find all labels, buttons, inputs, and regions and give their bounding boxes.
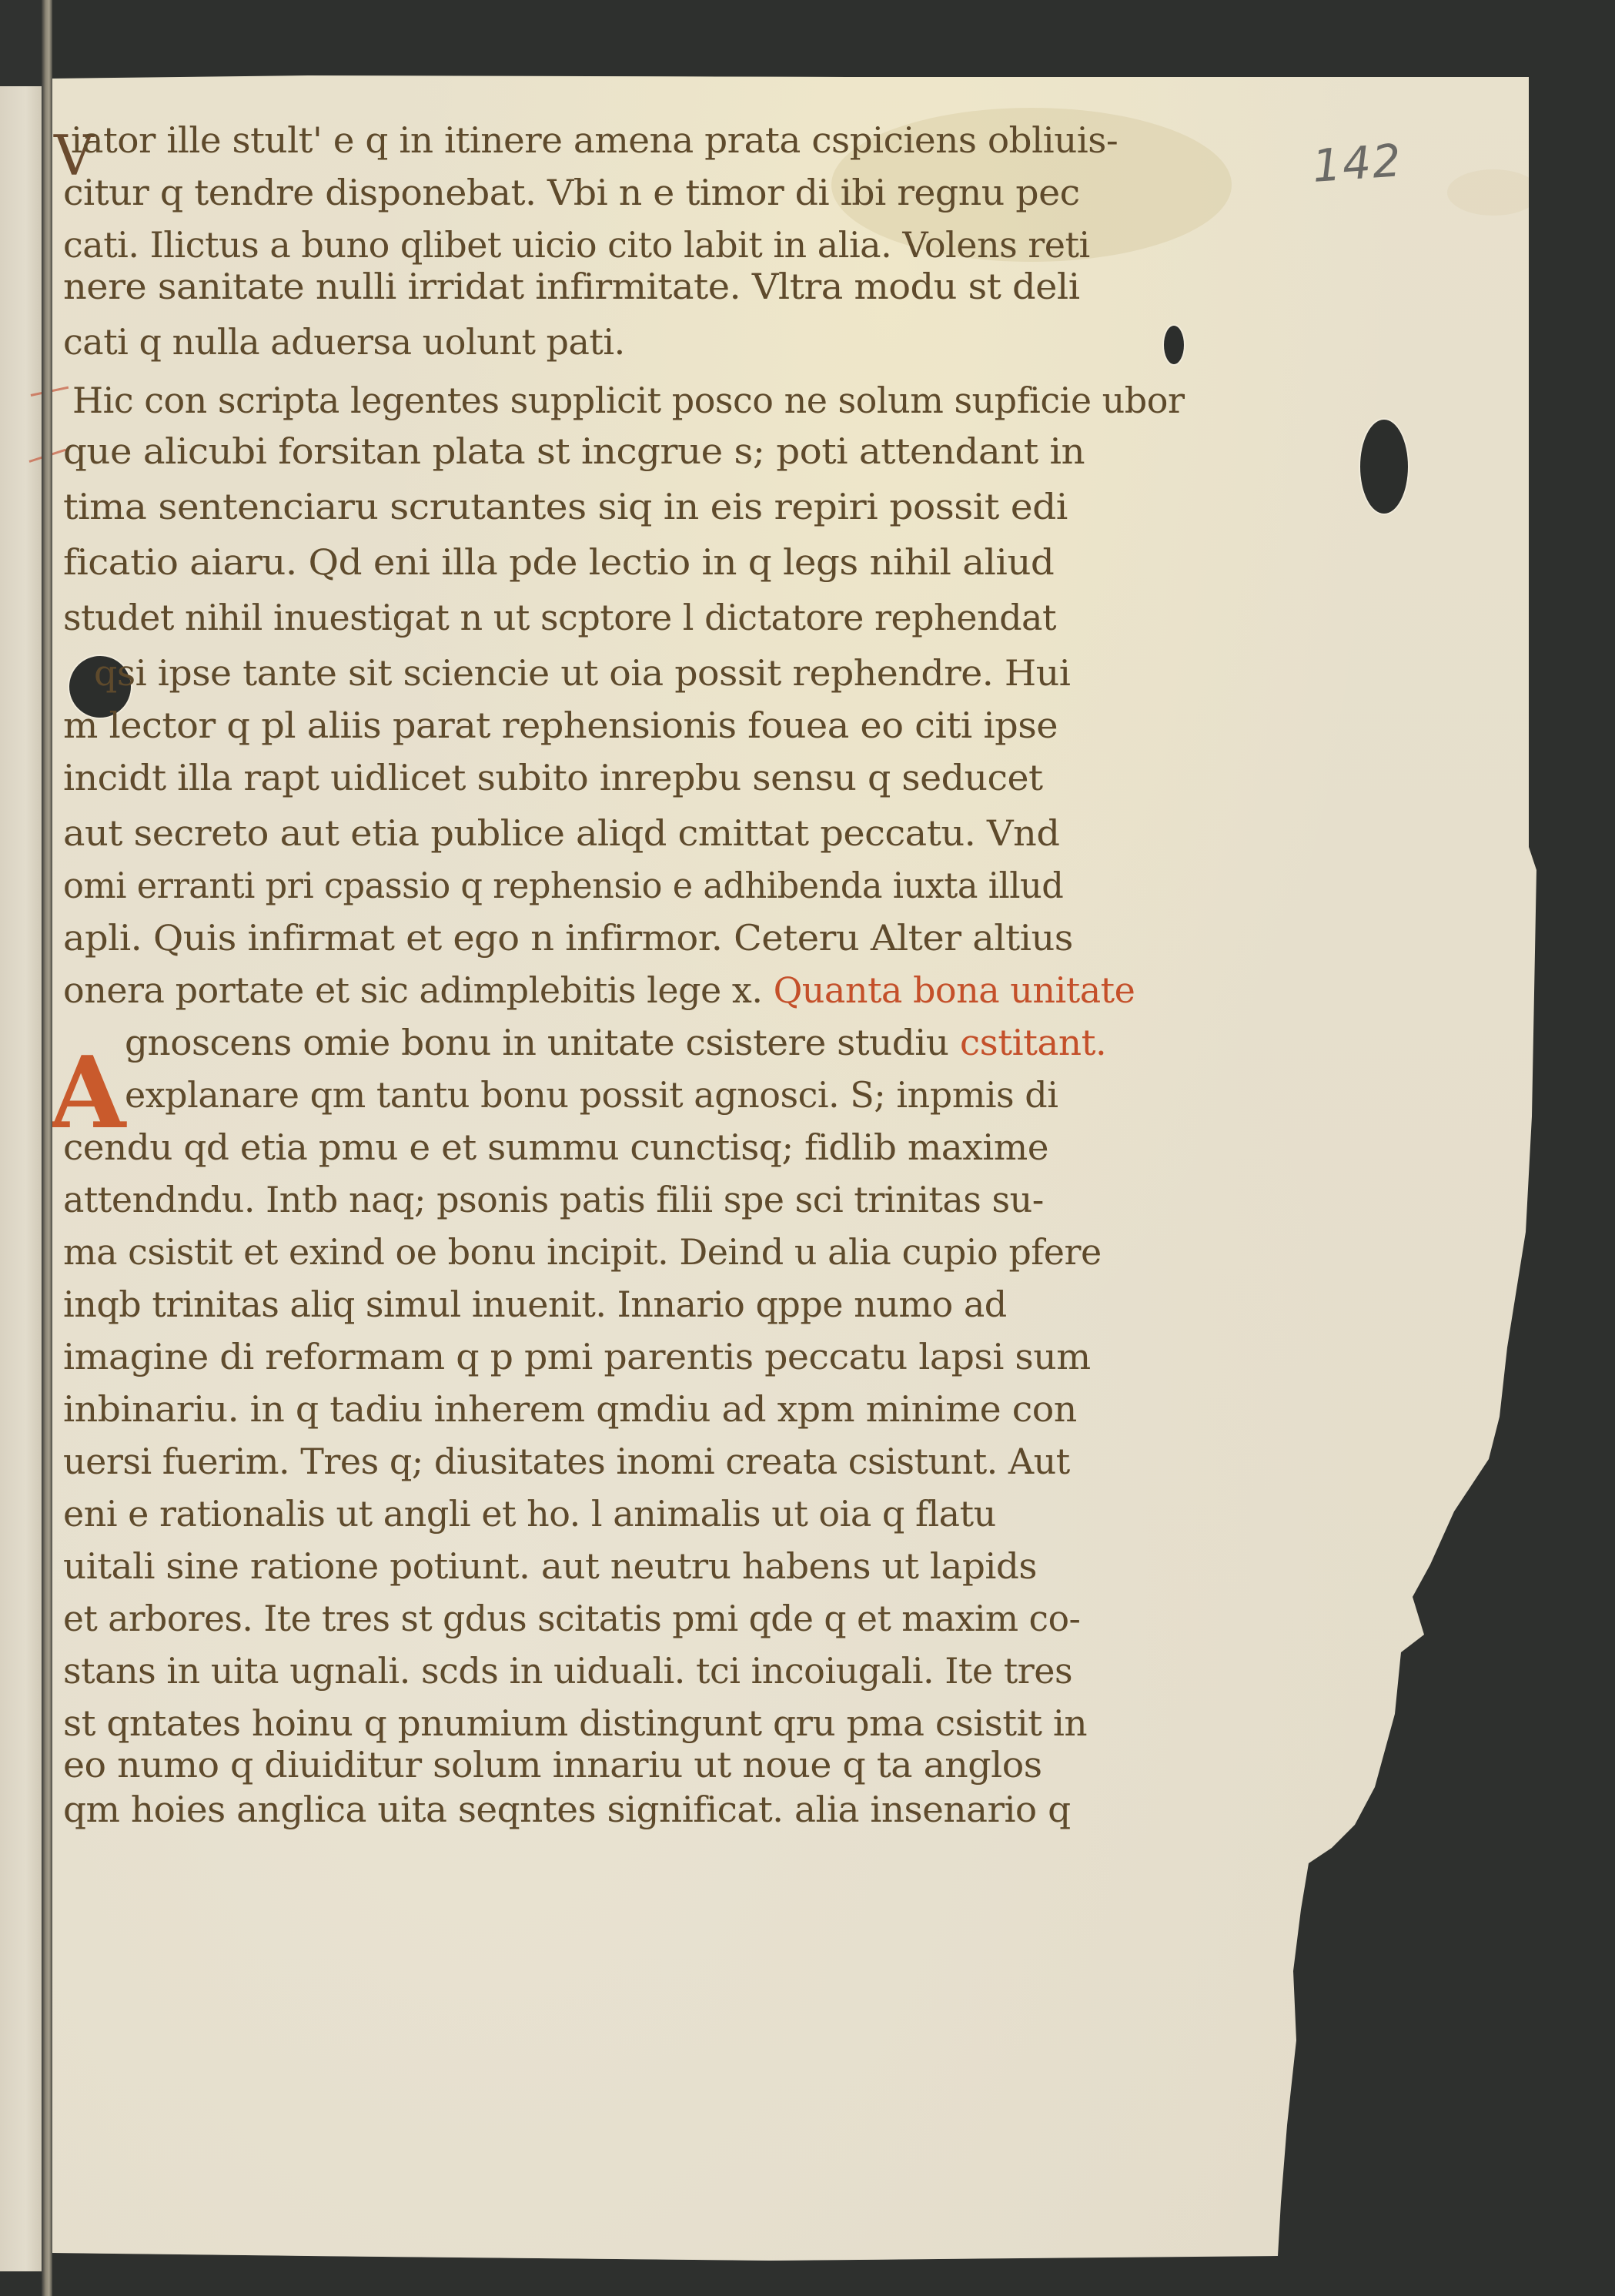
text-line: gnoscens omie bonu in unitate csistere s… bbox=[125, 1019, 1106, 1066]
text-line: m lector q pl aliis parat rephensionis f… bbox=[63, 702, 1058, 748]
text-line: qsi ipse tante sit sciencie ut oia possi… bbox=[94, 650, 1070, 696]
worm-hole bbox=[1360, 420, 1408, 514]
text-line: citur q tendre disponebat. Vbi n e timor… bbox=[63, 169, 1080, 216]
text-line: Hic con scripta legentes supplicit posco… bbox=[72, 377, 1184, 423]
text-line: nere sanitate nulli irridat infirmitate.… bbox=[63, 263, 1080, 310]
text-line: eni e rationalis ut angli et ho. l anima… bbox=[63, 1491, 996, 1537]
text-line: inqb trinitas aliq simul inuenit. Innari… bbox=[63, 1281, 1007, 1327]
worm-hole bbox=[1164, 326, 1184, 364]
rubric-heading: Quanta bona unitate bbox=[774, 969, 1135, 1011]
text-line: apli. Quis infirmat et ego n infirmor. C… bbox=[63, 915, 1073, 961]
text-line: que alicubi forsitan plata st incgrue s;… bbox=[63, 428, 1085, 474]
text-line: attendndu. Intb naq; psonis patis filii … bbox=[63, 1176, 1044, 1223]
gutter-shadow bbox=[0, 0, 42, 86]
text-line: omi erranti pri cpassio q rephensio e ad… bbox=[63, 862, 1063, 909]
text-line: uitali sine ratione potiunt. aut neutru … bbox=[63, 1543, 1037, 1589]
text-line: et arbores. Ite tres st gdus scitatis pm… bbox=[63, 1595, 1080, 1642]
text-line: tima sentenciaru scrutantes siq in eis r… bbox=[63, 484, 1068, 530]
text-line: onera portate et sic adimplebitis lege x… bbox=[63, 967, 1135, 1013]
rubric-heading: cstitant. bbox=[960, 1022, 1106, 1063]
text-line: ma csistit et exind oe bonu incipit. Dei… bbox=[63, 1229, 1102, 1275]
previous-leaf-edge bbox=[0, 86, 43, 2271]
text-line: iator ille stult' e q in itinere amena p… bbox=[71, 117, 1118, 163]
text-line: studet nihil inuestigat n ut scptore l d… bbox=[63, 594, 1056, 641]
text-line: aut secreto aut etia publice aliqd cmitt… bbox=[63, 810, 1059, 856]
text-line: uersi fuerim. Tres q; diusitates inomi c… bbox=[63, 1438, 1070, 1484]
text-line: explanare qm tantu bonu possit agnosci. … bbox=[125, 1072, 1058, 1118]
text-line: stans in uita ugnali. scds in uiduali. t… bbox=[63, 1648, 1072, 1694]
binding-gutter-line bbox=[42, 0, 52, 2296]
text-line: eo numo q diuiditur solum innariu ut nou… bbox=[63, 1742, 1042, 1788]
text-line: cendu qd etia pmu e et summu cunctisq; f… bbox=[63, 1124, 1048, 1170]
text-line: ficatio aiaru. Qd eni illa pde lectio in… bbox=[63, 539, 1054, 585]
text-line: cati q nulla aduersa uolunt pati. bbox=[63, 319, 625, 365]
folio-number: 142 bbox=[1311, 134, 1404, 192]
text-line: imagine di reformam q p pmi parentis pec… bbox=[63, 1334, 1091, 1380]
text-line: cati. Ilictus a buno qlibet uicio cito l… bbox=[63, 222, 1090, 268]
text-line: st qntates hoinu q pnumium distingunt qr… bbox=[63, 1700, 1087, 1746]
text-line: inbinariu. in q tadiu inherem qmdiu ad x… bbox=[63, 1386, 1077, 1432]
text-line: qm hoies anglica uita seqntes significat… bbox=[63, 1786, 1071, 1832]
text-line: incidt illa rapt uidlicet subito inrepbu… bbox=[63, 755, 1043, 801]
parchment-stain bbox=[1447, 169, 1540, 216]
